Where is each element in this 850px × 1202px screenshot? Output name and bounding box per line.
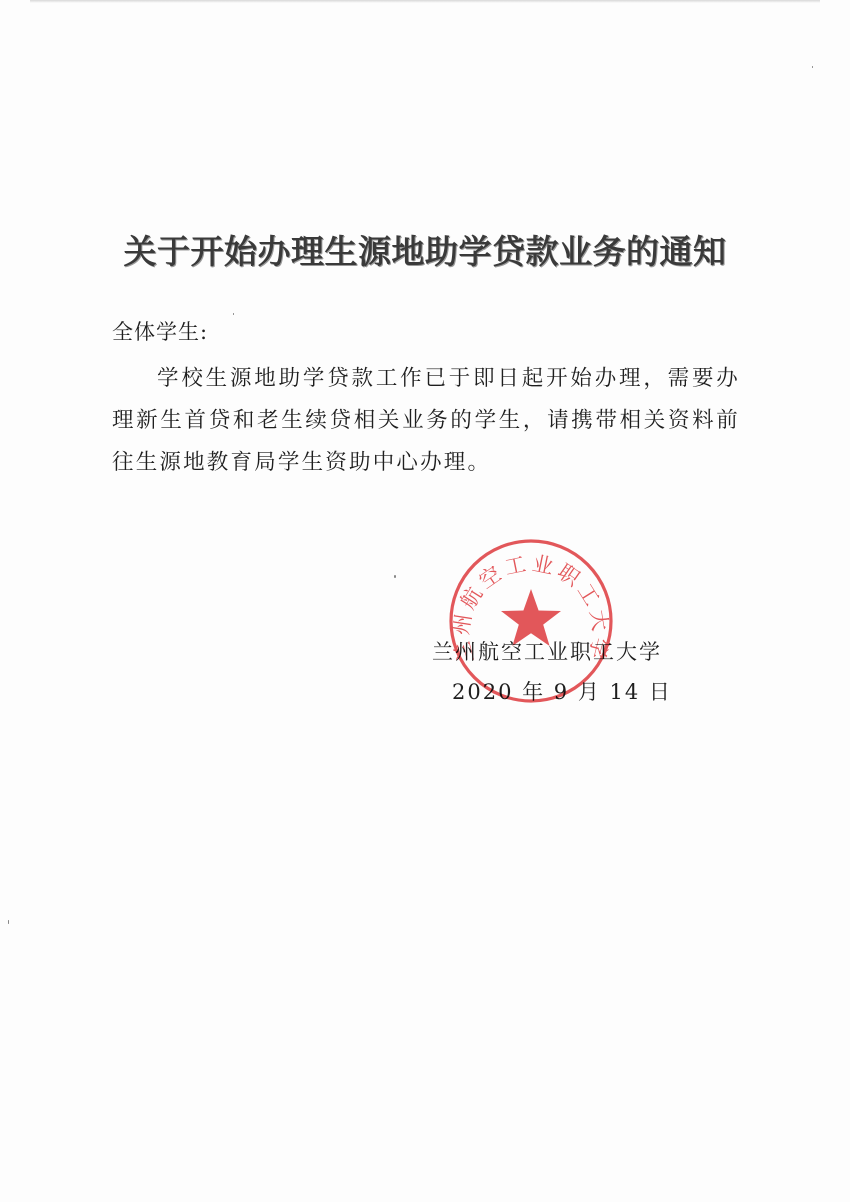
salutation: 全体学生: [112, 316, 208, 346]
star-icon [501, 589, 561, 646]
official-seal-icon: 兰州航空工业职工大学 [447, 537, 615, 705]
scan-speck [812, 66, 813, 68]
scan-speck [8, 920, 9, 924]
body-paragraph: 学校生源地助学贷款工作已于即日起开始办理，需要办理新生首贷和老生续贷相关业务的学… [112, 358, 740, 484]
scan-speck [233, 313, 234, 315]
document-page: 关于开始办理生源地助学贷款业务的通知 全体学生: 学校生源地助学贷款工作已于即日… [0, 0, 850, 1202]
scan-edge-shadow [30, 0, 820, 3]
document-title: 关于开始办理生源地助学贷款业务的通知 [0, 226, 850, 273]
scan-speck [394, 575, 396, 578]
